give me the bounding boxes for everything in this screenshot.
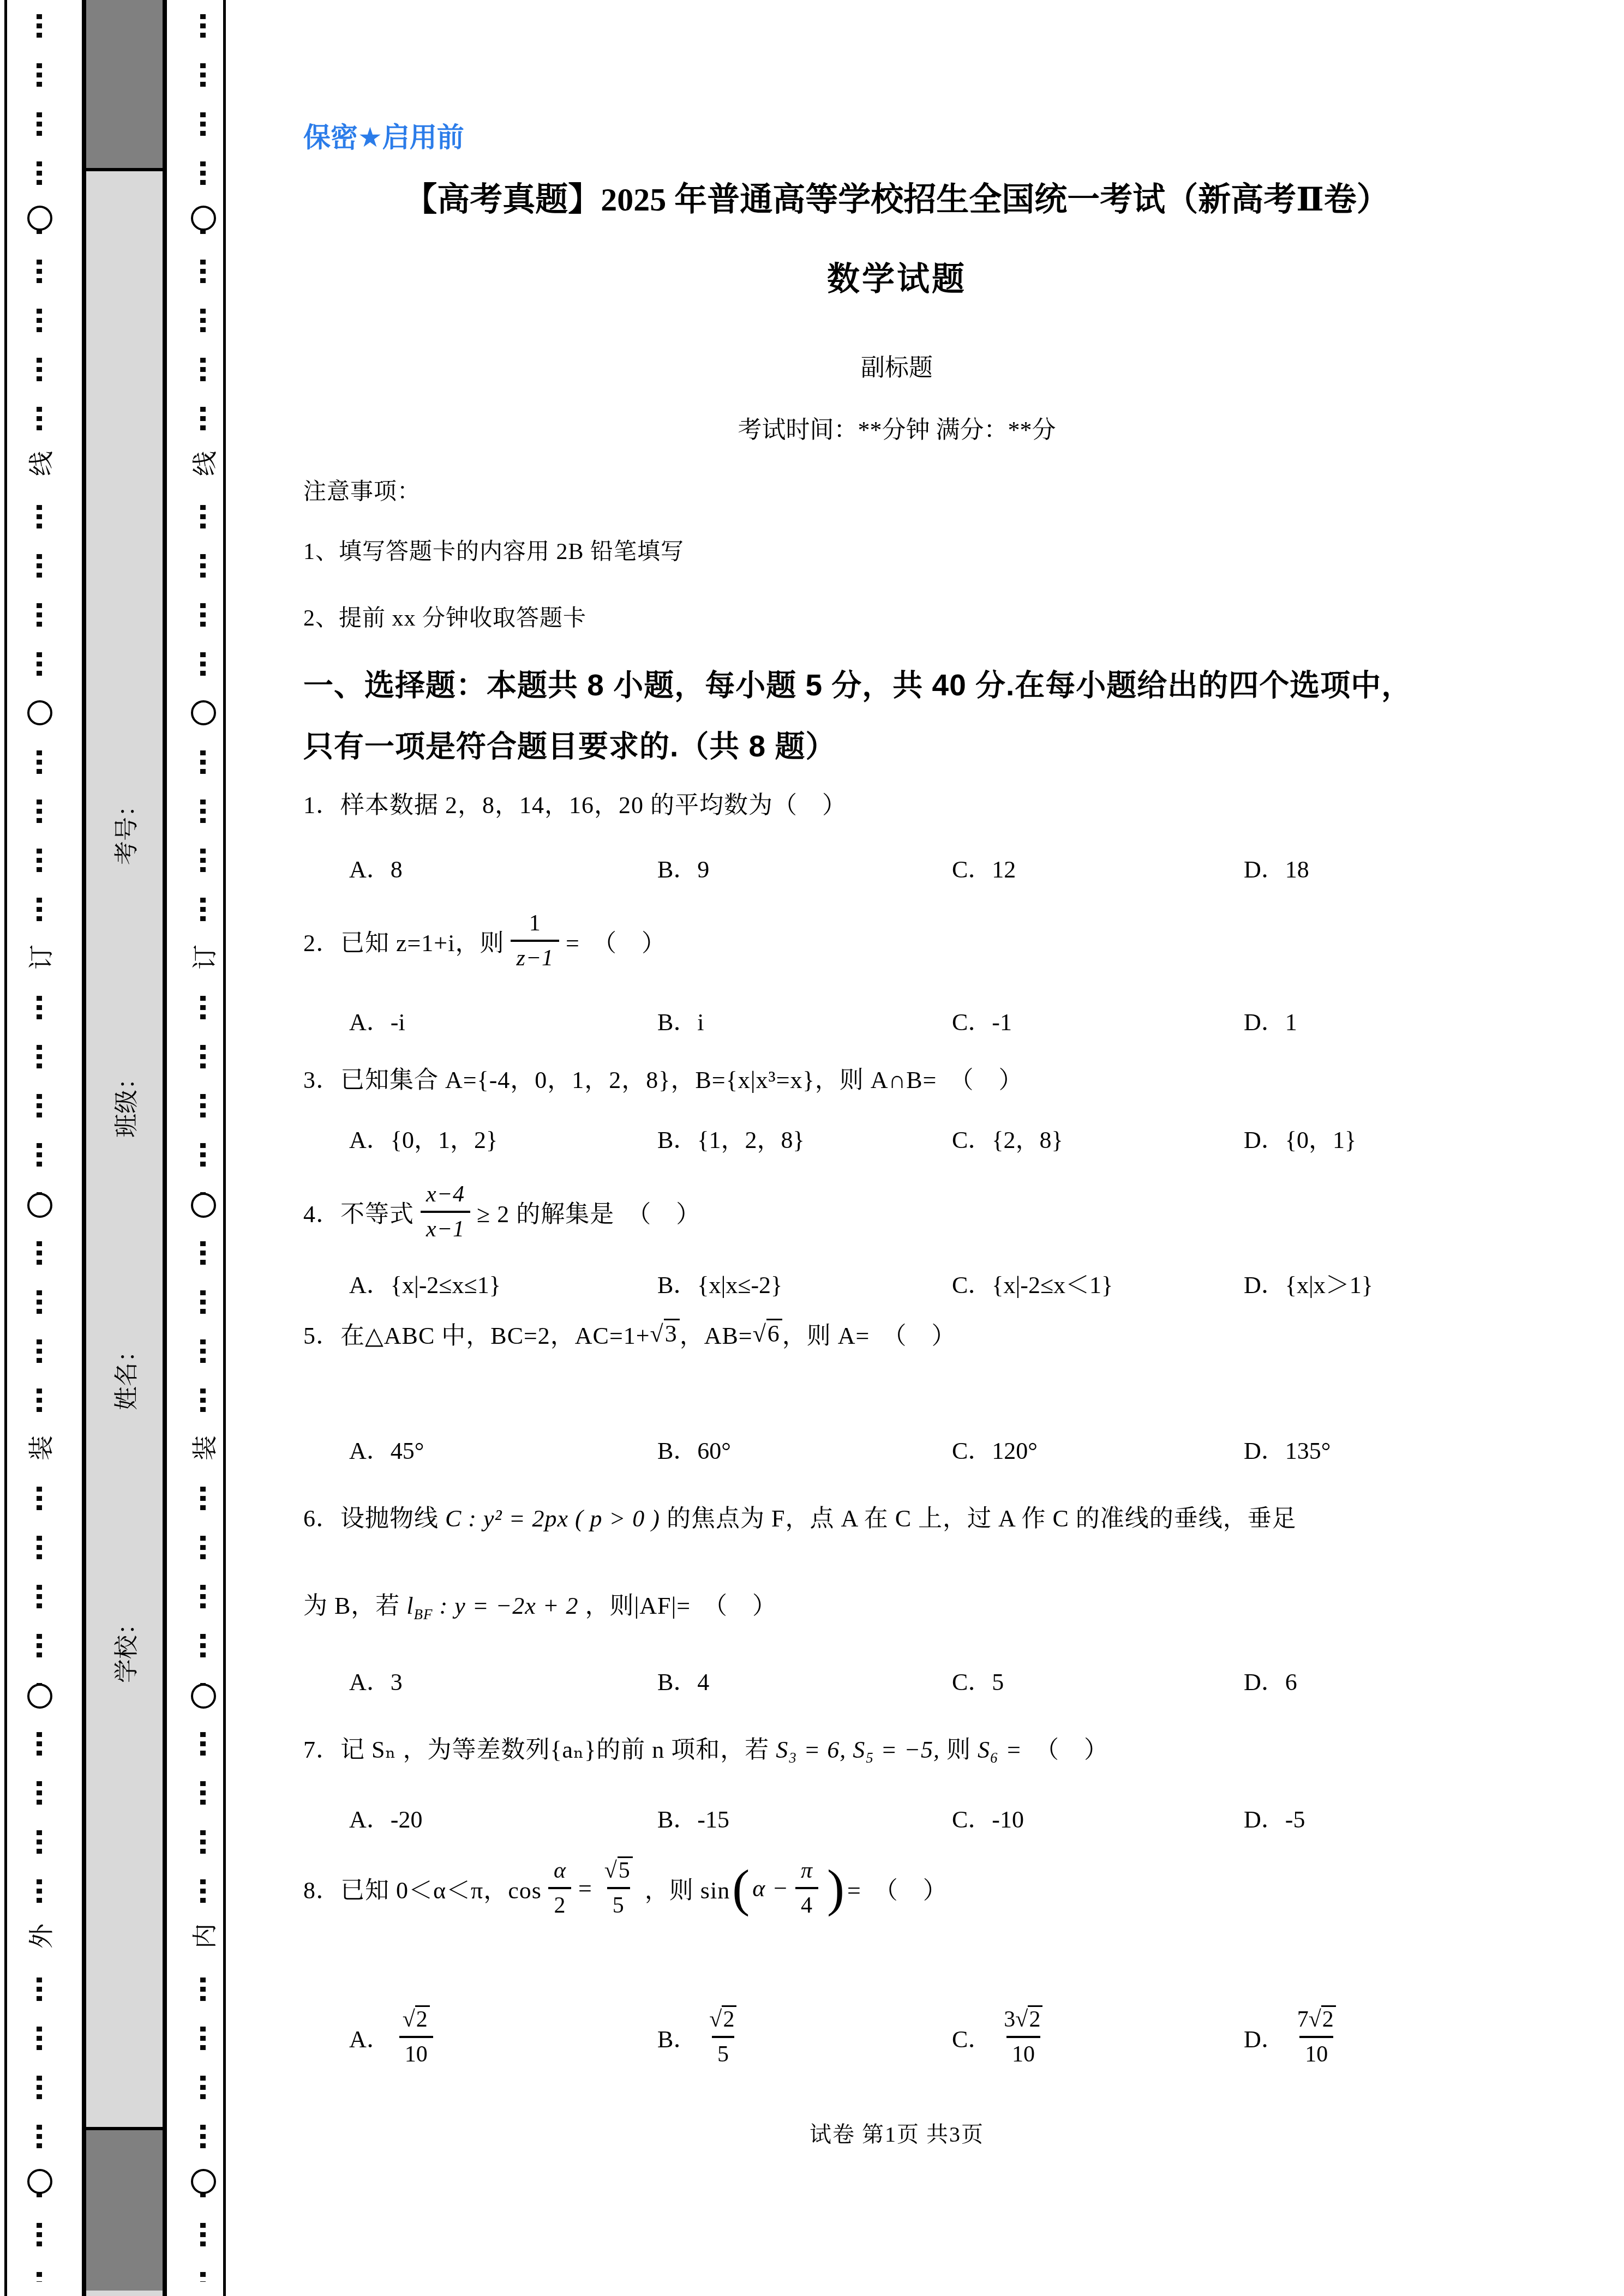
sqrt-symbol: √ [650,1320,664,1347]
question-8-pre: 8．已知 0＜α＜π，cos [303,1871,542,1906]
radicand: 5 [618,1856,633,1883]
question-6-line1: 6．设抛物线 C : y² = 2px ( p > 0 ) 的焦点为 F，点 A… [303,1499,1297,1534]
binding-char-label: 内 [185,1924,221,1949]
option-d: D．-5 [1244,1800,1305,1835]
fraction-denominator: 5 [607,1887,630,1918]
option-d: D． 7√2 10 [1244,2007,1348,2067]
question-8-post: = （ ） [847,1871,948,1906]
sqrt-expression: √3 [650,1320,680,1348]
security-notice: 保密★启用前 [303,116,464,155]
question-8-mid: ，则 sin [645,1871,730,1906]
binding-char: 订 [22,931,57,983]
fraction: π 4 [795,1858,818,1918]
question-8-options: A． √2 10 B． √2 5 C． 3√2 10 D． 7√2 10 [0,2007,1624,2083]
exam-subject-title: 数学试题 [224,253,1569,300]
question-7-options: A．-20 B．-15 C．-10 D．-5 [0,1800,1624,1838]
option-c: C．{x|-2≤x＜1} [952,1265,1113,1300]
fraction-denominator: 4 [795,1887,818,1918]
fraction-denominator: 10 [1299,2036,1333,2067]
radicand: 2 [415,2005,430,2032]
sqrt-symbol: √ [604,1858,618,1883]
exam-page: 线 订 装 外 线 订 装 内 考号： 班级： 姓名： 学校： 保密★启用前 【… [0,0,1624,2296]
binding-char-label: 外 [21,1924,57,1949]
option-b: B．9 [657,850,709,885]
fraction: 1 z−1 [511,911,559,971]
option-label: B． [657,2019,697,2054]
sqrt-symbol: √ [1015,2007,1028,2032]
fraction: x−4 x−1 [421,1182,470,1242]
punch-hole-icon [191,2169,216,2194]
fraction-denominator: 2 [548,1887,571,1918]
sum-target: S₆ = [978,1736,1022,1763]
binding-char: 线 [22,437,57,490]
radicand: 2 [1028,2005,1042,2032]
question-2-text: 2．已知 z=1+i，则 1 z−1 = （ ） [303,907,666,974]
question-4-post: ≥ 2 的解集是 （ ） [477,1194,700,1229]
question-3-text: 3．已知集合 A={-4，0，1，2，8}，B={x|x³=x}，则 A∩B= … [303,1060,1023,1095]
option-b: B．{x|x≤-2} [657,1265,782,1300]
question-1-options: A．8 B．9 C．12 D．18 [0,850,1624,888]
line-subscript: BF [414,1606,433,1622]
option-d: D．1 [1244,1002,1297,1037]
punch-hole-icon [191,700,216,725]
fraction-denominator: 10 [399,2036,433,2067]
sqrt-expression: √6 [753,1320,782,1348]
option-a: A． √2 10 [349,2007,442,2067]
radicand: 2 [722,2005,736,2032]
option-a: A．-20 [349,1800,422,1835]
option-c: C．{2，8} [952,1120,1063,1155]
fraction-denominator: x−1 [421,1211,470,1242]
sqrt-symbol: √ [1309,2007,1321,2032]
question-5-options: A．45° B．60° C．120° D．135° [0,1431,1624,1469]
punch-hole-icon [191,1193,216,1218]
line-symbol: l [406,1592,414,1619]
question-7-mid: 则 [940,1736,978,1763]
coefficient: 7 [1297,2007,1309,2032]
radicand: 2 [1321,2005,1336,2032]
option-b: B． √2 5 [657,2007,748,2067]
parabola-equation: C : y² = 2px ( p > 0 ) [445,1505,667,1532]
option-label: A． [349,2019,391,2054]
notice-item-2: 2、提前 xx 分钟收取答题卡 [303,600,586,633]
option-a: A．{x|-2≤x≤1} [349,1265,501,1300]
punch-hole-icon [27,2169,52,2194]
option-a: A．45° [349,1431,424,1466]
fraction: 3√2 10 [998,2007,1048,2067]
option-b: B．-15 [657,1800,729,1835]
option-b: B．i [657,1002,704,1037]
binding-char-label: 线 [21,451,57,476]
question-5-pre: 5．在△ABC 中，BC=2，AC=1+ [303,1316,650,1351]
field-label: 姓名： [107,1338,142,1410]
left-paren: ( [732,1865,750,1912]
fraction-denominator: 10 [1006,2036,1040,2067]
question-6-line2-post: ，则|AF|= （ ） [585,1592,777,1619]
option-d: D．6 [1244,1662,1297,1697]
radicand: 3 [664,1319,680,1347]
rail-dark-block-bottom [86,2127,163,2291]
exam-title: 【高考真题】2025 年普通高等学校招生全国统一考试（新高考Ⅱ卷） [224,173,1569,220]
question-5-post: ，则 A= （ ） [782,1316,956,1351]
fraction: √2 5 [704,2007,742,2067]
punch-hole-icon [27,1193,52,1218]
binding-char: 外 [22,1910,57,1962]
fraction-numerator: 1 [524,911,547,940]
binding-char-label: 订 [185,945,221,970]
binding-char-label: 订 [21,945,57,970]
option-d: D．135° [1244,1431,1331,1466]
fraction-numerator: α [548,1858,572,1887]
right-paren: ) [827,1865,845,1912]
option-d: D．{0，1} [1244,1120,1356,1155]
field-name: 姓名： [101,1328,147,1421]
rail-dark-block-top [86,0,163,171]
coefficient: 3 [1004,2007,1015,2032]
option-d: D．18 [1244,850,1309,885]
punch-hole-icon [27,206,52,231]
question-8-text: 8．已知 0＜α＜π，cos α 2 = √5 5 ，则 sin ( α − π… [303,1852,948,1924]
option-a: A．-i [349,1002,405,1037]
option-c: C． 3√2 10 [952,2007,1054,2067]
option-c: C．12 [952,850,1016,885]
notice-heading: 注意事项： [303,473,421,506]
option-a: A．{0，1，2} [349,1120,498,1155]
option-label: D． [1244,2019,1285,2054]
question-4-text: 4．不等式 x−4 x−1 ≥ 2 的解集是 （ ） [303,1181,700,1242]
question-3-options: A．{0，1，2} B．{1，2，8} C．{2，8} D．{0，1} [0,1120,1624,1158]
fraction: √2 10 [397,2007,435,2067]
fraction: √5 5 [599,1858,638,1918]
page-footer: 试卷 第1页 共3页 [224,2117,1569,2148]
notice-item-1: 1、填写答题卡的内容用 2B 铅笔填写 [303,533,684,566]
option-c: C．-10 [952,1800,1024,1835]
question-7-pre: 7．记 Sₙ ，为等差数列{aₙ}的前 n 项和，若 [303,1736,776,1763]
option-b: B．4 [657,1662,709,1697]
fraction-numerator: π [795,1858,818,1887]
punch-hole-icon [27,700,52,725]
option-d: D．{x|x＞1} [1244,1265,1373,1300]
question-6-line2: 为 B，若 lBF : y = −2x + 2 ，则|AF|= （ ） [303,1586,777,1623]
option-c: C．-1 [952,1002,1012,1037]
fraction: α 2 [548,1858,572,1918]
question-7-post: （ ） [1022,1736,1108,1763]
option-c: C．120° [952,1431,1038,1466]
binding-char: 线 [185,437,220,490]
question-6-pre: 6．设抛物线 [303,1505,445,1532]
question-4-options: A．{x|-2≤x≤1} B．{x|x≤-2} C．{x|-2≤x＜1} D．{… [0,1265,1624,1303]
question-4-pre: 4．不等式 [303,1194,414,1229]
question-1-text: 1．样本数据 2，8，14，16，20 的平均数为（ ） [303,785,847,820]
binding-char: 订 [185,931,220,983]
sum-values: S₃ = 6, S₅ = −5, [776,1736,940,1763]
exam-info-line: 考试时间：**分钟 满分：**分 [224,410,1569,445]
fraction-denominator: 5 [712,2036,734,2067]
sqrt-expression: √5 [604,1856,633,1883]
question-2-pre: 2．已知 z=1+i，则 [303,923,504,958]
radicand: 6 [766,1319,782,1347]
sqrt-symbol: √ [753,1320,766,1347]
question-2-post: = （ ） [566,923,666,958]
line-equation: : y = −2x + 2 [433,1592,585,1619]
option-b: B．60° [657,1431,731,1466]
question-6-options: A．3 B．4 C．5 D．6 [0,1662,1624,1700]
binding-char-label: 线 [185,451,221,476]
fraction: 7√2 10 [1292,2007,1341,2067]
option-a: A．3 [349,1662,403,1697]
question-7-text: 7．记 Sₙ ，为等差数列{aₙ}的前 n 项和，若 S₃ = 6, S₅ = … [303,1730,1108,1765]
question-6-line2-pre: 为 B，若 [303,1592,406,1619]
question-5-mid: ，AB= [680,1316,753,1351]
exam-subtitle: 副标题 [224,348,1569,383]
angle-expression: α − [752,1874,789,1902]
section-heading-line2: 只有一项是符合题目要求的.（共 8 题） [303,722,836,765]
fraction-numerator: x−4 [421,1182,470,1211]
section-heading-line1: 一、选择题：本题共 8 小题，每小题 5 分，共 40 分.在每小题给出的四个选… [303,661,1412,704]
sqrt-symbol: √ [403,2007,415,2032]
option-a: A．8 [349,850,403,885]
option-b: B．{1，2，8} [657,1120,805,1155]
fraction-denominator: z−1 [511,940,559,971]
option-c: C．5 [952,1662,1004,1697]
question-6-post: 的焦点为 F，点 A 在 C 上，过 A 作 C 的准线的垂线，垂足 [667,1505,1297,1532]
question-2-options: A．-i B．i C．-1 D．1 [0,1002,1624,1041]
punch-hole-icon [191,206,216,231]
option-label: C． [952,2019,992,2054]
binding-char: 内 [185,1910,220,1962]
sqrt-symbol: √ [709,2007,722,2032]
equals-sign: = [578,1874,592,1902]
question-5-text: 5．在△ABC 中，BC=2，AC=1+ √3 ，AB= √6 ，则 A= （ … [303,1314,956,1353]
